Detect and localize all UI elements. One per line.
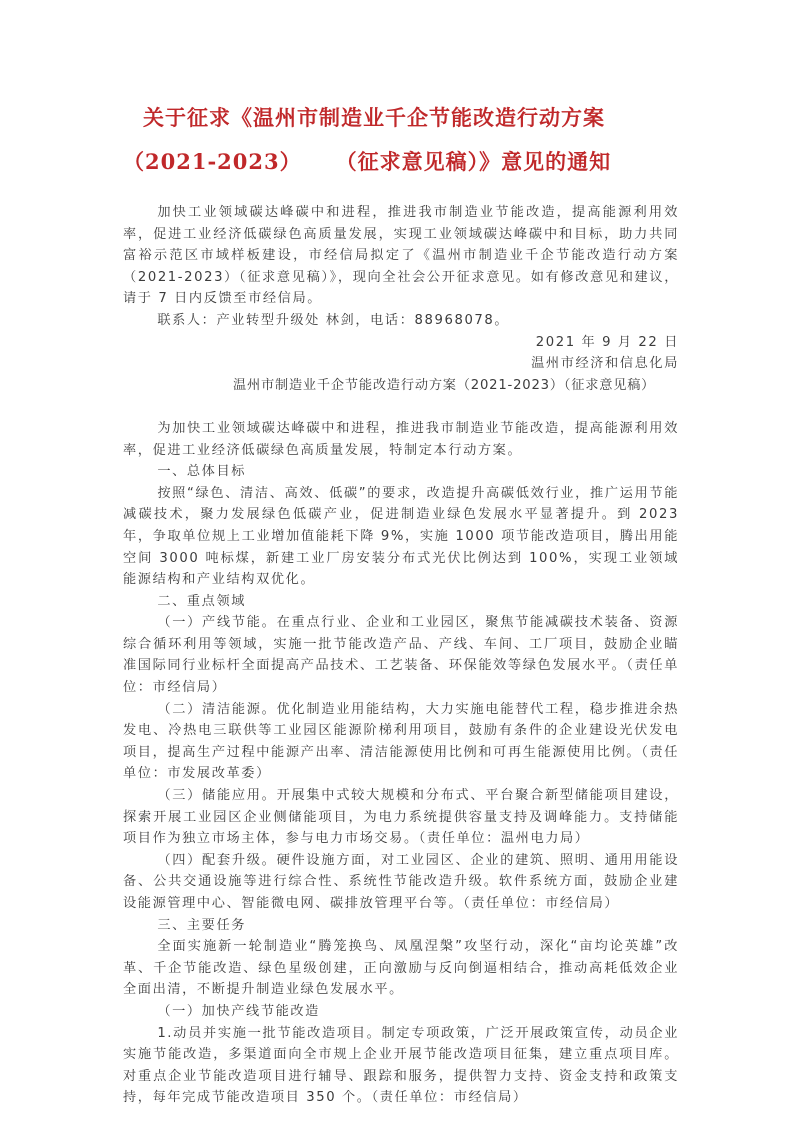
section-heading-key-areas: 二、重点领域 <box>123 591 679 613</box>
key-area-clean-energy: （二）清洁能源。优化制造业用能结构，大力实施电能替代工程，稳步推进余热发电、冷热… <box>123 699 679 785</box>
notice-title-line1: 关于征求《温州市制造业千企节能改造行动方案 <box>143 104 605 132</box>
notice-date: 2021 年 9 月 22 日 <box>123 332 679 354</box>
plan-subtitle: 温州市制造业千企节能改造行动方案（2021-2023）（征求意见稿） <box>123 375 679 397</box>
key-area-production-line: （一）产线节能。在重点行业、企业和工业园区，聚焦节能减碳技术装备、资源综合循环利… <box>123 612 679 698</box>
key-area-energy-storage: （三）储能应用。开展集中式较大规模和分布式、平台聚合新型储能项目建设，探索开展工… <box>123 785 679 850</box>
plan-preamble: 为加快工业领域碳达峰碳中和进程，推进我市制造业节能改造，提高能源利用效率，促进工… <box>123 418 679 461</box>
contact-line: 联系人：产业转型升级处 林剑，电话：88968078。 <box>123 310 679 332</box>
goals-paragraph: 按照“绿色、清洁、高效、低碳”的要求，改造提升高碳低效行业，推广运用节能减碳技术… <box>123 483 679 591</box>
notice-title-line2: （2021-2023）（征求意见稿）》意见的通知 <box>123 148 611 176</box>
section-heading-goals: 一、总体目标 <box>123 461 679 483</box>
title-years: （2021-2023） <box>123 149 302 174</box>
section-heading-main-tasks: 三、主要任务 <box>123 915 679 937</box>
notice-issuer: 温州市经济和信息化局 <box>123 353 679 375</box>
subsection-heading-production-line: （一）加快产线节能改造 <box>123 1001 679 1023</box>
title-draft-label: （征求意见稿）》意见的通知 <box>336 149 612 174</box>
task-item-1: 1.动员并实施一批节能改造项目。制定专项政策，广泛开展政策宣传，动员企业实施节能… <box>123 1023 679 1109</box>
document-page: 关于征求《温州市制造业千企节能改造行动方案 （2021-2023）（征求意见稿）… <box>0 0 800 1131</box>
notice-intro-paragraph: 加快工业领域碳达峰碳中和进程，推进我市制造业节能改造，提高能源利用效率，促进工业… <box>123 202 679 310</box>
spacer <box>123 396 679 418</box>
key-area-supporting-upgrade: （四）配套升级。硬件设施方面，对工业园区、企业的建筑、照明、通用用能设备、公共交… <box>123 850 679 915</box>
main-tasks-paragraph: 全面实施新一轮制造业“腾笼换鸟、凤凰涅槃”攻坚行动，深化“亩均论英雄”改革、千企… <box>123 936 679 1001</box>
notice-body: 加快工业领域碳达峰碳中和进程，推进我市制造业节能改造，提高能源利用效率，促进工业… <box>123 202 679 1109</box>
